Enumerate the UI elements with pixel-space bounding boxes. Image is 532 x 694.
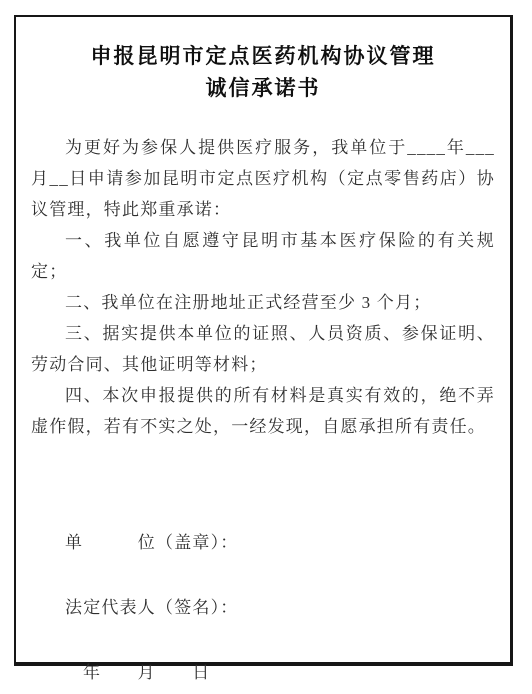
intro-paragraph: 为更好为参保人提供医疗服务，我单位于____年___月__日申请参加昆明市定点医… — [31, 132, 495, 225]
signature-block: 单 位（盖章）： 法定代表人（签名）： 年 月 日 — [31, 527, 495, 688]
title-line-1: 申报昆明市定点医药机构协议管理 — [31, 40, 495, 72]
commitment-item-3: 三、据实提供本单位的证照、人员资质、参保证明、劳动合同、其他证明等材料； — [31, 318, 495, 380]
date-label: 年 月 日 — [31, 657, 495, 688]
document-title: 申报昆明市定点医药机构协议管理 诚信承诺书 — [31, 40, 495, 104]
legal-representative-label: 法定代表人（签名）： — [31, 592, 495, 623]
title-line-2: 诚信承诺书 — [31, 72, 495, 104]
commitment-item-1: 一、我单位自愿遵守昆明市基本医疗保险的有关规定； — [31, 225, 495, 287]
commitment-item-4: 四、本次申报提供的所有材料是真实有效的，绝不弄虚作假，若有不实之处，一经发现，自… — [31, 380, 495, 442]
unit-seal-label: 单 位（盖章）： — [31, 527, 495, 558]
document-page: 申报昆明市定点医药机构协议管理 诚信承诺书 为更好为参保人提供医疗服务，我单位于… — [14, 15, 513, 666]
commitment-item-2: 二、我单位在注册地址正式经营至少 3 个月； — [31, 287, 495, 318]
